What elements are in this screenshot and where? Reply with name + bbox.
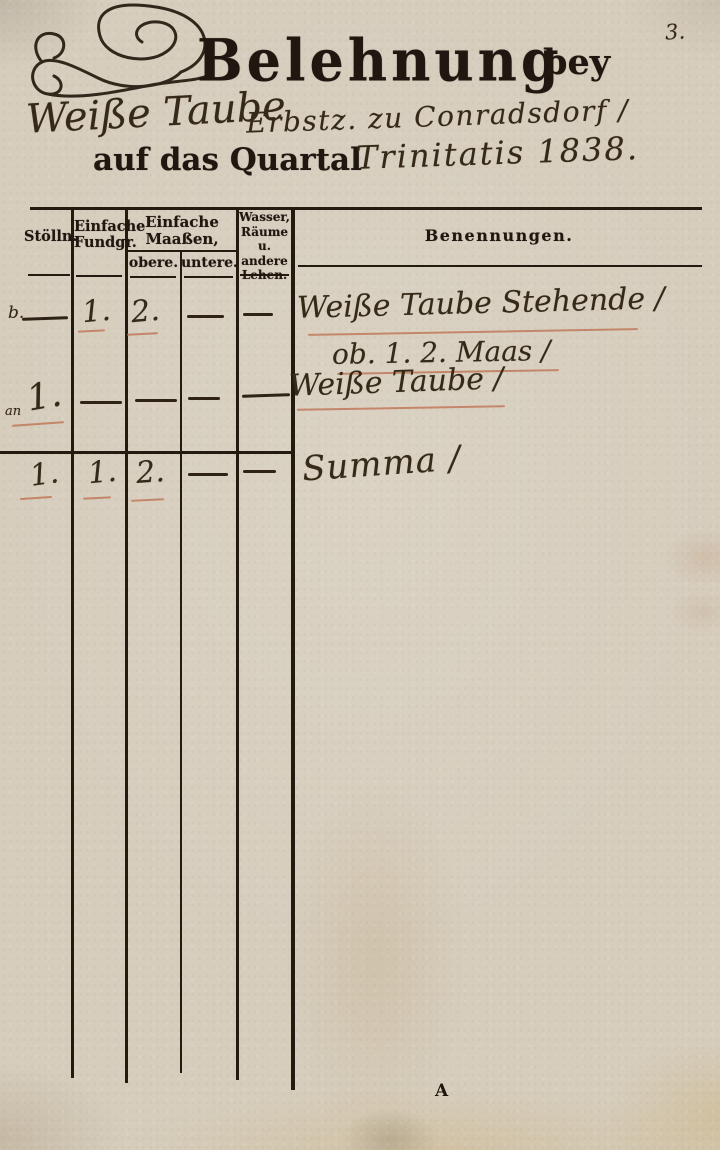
row2-fundgr-dash [80,401,122,404]
header-wasser: Wasser, Räume u. andere Lehen. [237,210,292,283]
sum-obere-value: 2. [135,454,166,491]
quartal-label: auf das Quartal [93,142,362,178]
sum-untere-dash [188,473,228,476]
title-connector: bey [543,42,610,83]
quartal-handwritten: Trinitatis 1838. [355,129,639,177]
table-top-rule [30,207,702,210]
sum-fundgr-value: 1. [87,454,119,491]
header-stolln: Stölln. [24,228,70,245]
column-divider-5 [291,208,295,1090]
row1-benennung-line1: Weiße Taube Stehende / [297,281,666,326]
row1-obere-value: 2. [130,293,162,330]
sum-rule [0,451,294,454]
column-divider-2 [125,208,128,1083]
header-bottom-rule-obere [130,276,176,278]
red-check-underline [131,498,164,502]
row2-obere-dash [135,399,177,402]
sum-benennung: Summa / [301,438,463,489]
benennungen-underline [298,265,702,267]
red-check-underline [127,332,158,336]
document-page: 3. Belehnung bey Weiße Taube Erbstz. zu … [0,0,720,1150]
row2-stolln-prefix: an [5,404,21,419]
column-divider-1 [71,208,74,1078]
row2-untere-dash [188,397,220,400]
header-bottom-rule-fundgr [76,275,122,277]
sum-stolln-value: 1. [28,455,61,494]
red-check-underline [78,329,105,333]
page-number: 3. [664,19,686,44]
row1-wasser-dash [243,313,273,316]
row2-benennung: Weiße Taube / [288,361,504,403]
red-check-underline [83,496,111,500]
header-bottom-rule-untere [184,276,233,278]
red-check-underline [20,496,52,500]
red-check-underline [12,421,64,427]
column-divider-4 [236,208,239,1080]
signature-mark: A [435,1081,448,1101]
sum-wasser-dash [243,470,276,473]
header-maassen: Einfache Maaßen, [128,214,236,248]
column-divider-3 [180,251,182,1073]
row1-untere-dash [187,315,224,318]
header-benennungen: Benennungen. [296,226,702,245]
maassen-subheader-rule [127,250,237,252]
header-bottom-rule-stolln [28,274,70,276]
row2-stolln-value: 1. [24,373,65,419]
row1-stolln-dash [22,316,68,320]
red-check-underline [297,405,505,411]
row2-wasser-dash [242,393,290,397]
row1-fundgr-value: 1. [81,293,113,330]
header-maassen-untere: untere. [181,255,236,271]
header-fundgr: Einfache Fundgr. [74,219,125,251]
header-maassen-obere: obere. [128,255,179,271]
